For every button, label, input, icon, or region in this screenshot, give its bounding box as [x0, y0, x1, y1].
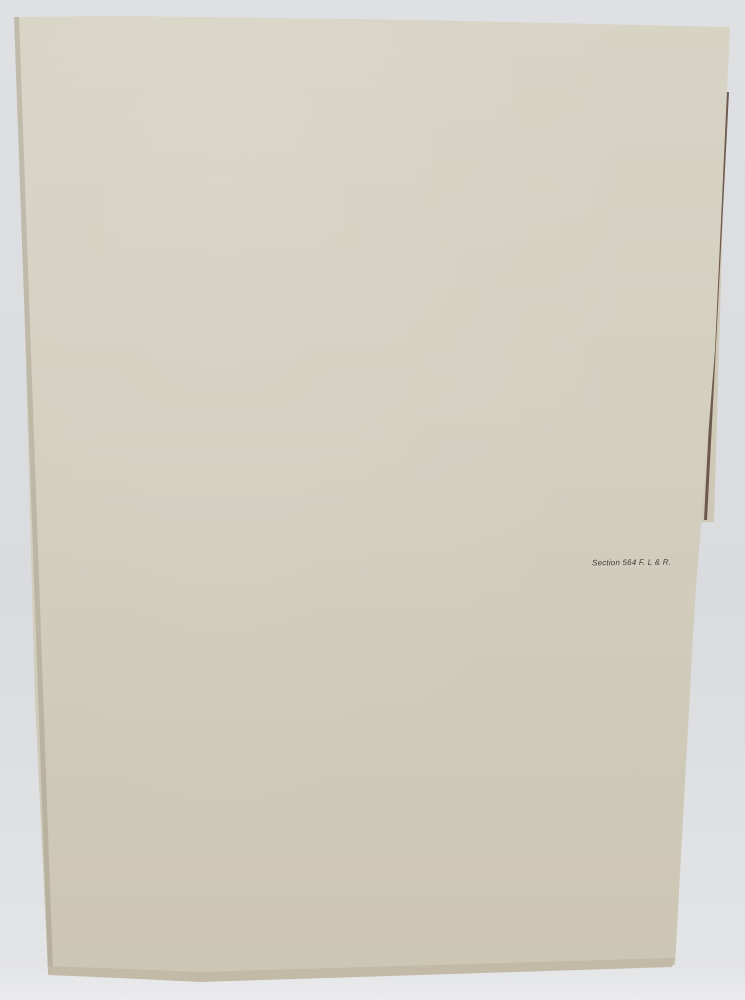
section-label: Section 564 F. L & R. — [592, 558, 671, 568]
booklet-page — [0, 0, 745, 1000]
